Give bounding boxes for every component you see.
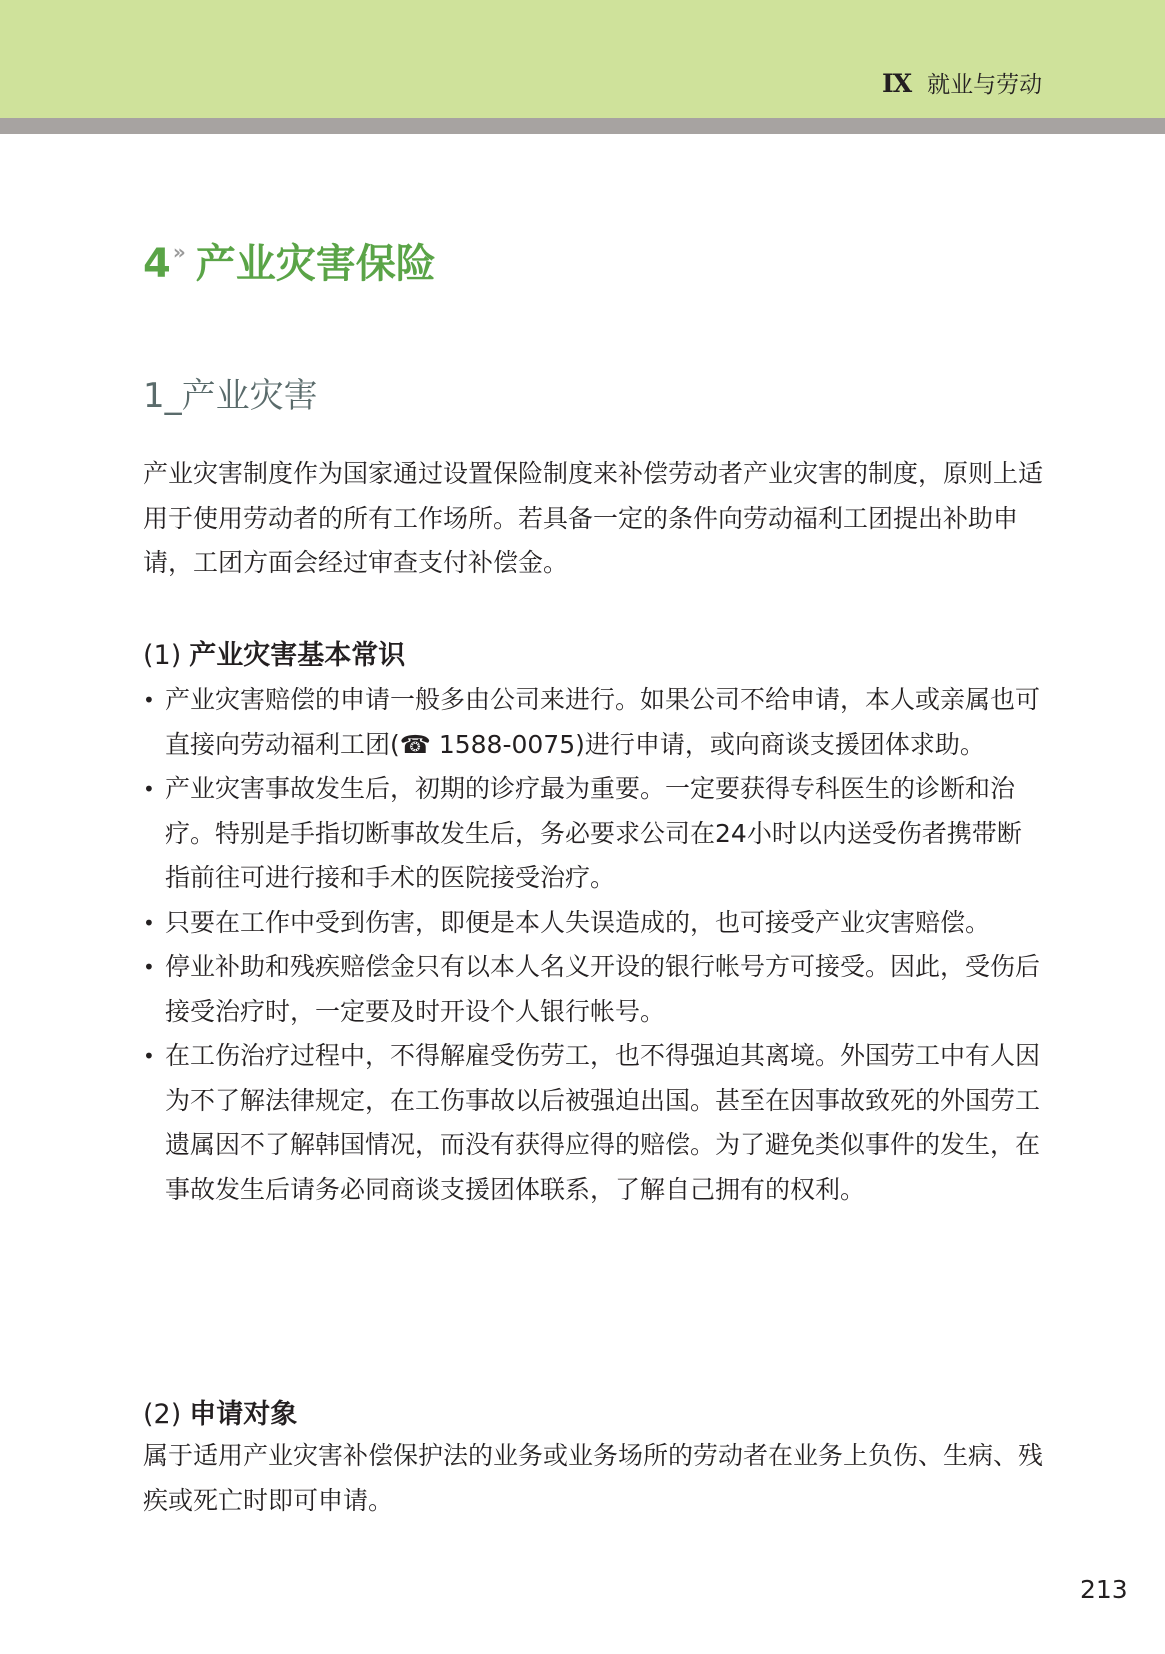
bullet-icon: •: [143, 678, 155, 723]
subsection-title: 1_产业灾害: [143, 368, 318, 417]
section-title-text: 产业灾害保险: [196, 241, 436, 287]
part1-number: (1): [143, 640, 181, 671]
chapter-title: 就业与劳动: [927, 72, 1042, 98]
header-band: [0, 0, 1165, 118]
part2-heading: (2)申请对象: [143, 1392, 297, 1431]
part2-paragraph: 属于适用产业灾害补偿保护法的业务或业务场所的劳动者在业务上负伤、生病、残疾或死亡…: [143, 1434, 1043, 1523]
section-number: 4: [143, 241, 171, 287]
list-item-text: 产业灾害事故发生后，初期的诊疗最为重要。一定要获得专科医生的诊断和治疗。特别是手…: [165, 774, 1022, 892]
bullet-icon: •: [143, 901, 155, 946]
list-item-text: 停业补助和残疾赔偿金只有以本人名义开设的银行帐号方可接受。因此，受伤后接受治疗时…: [165, 952, 1040, 1026]
list-item: •只要在工作中受到伤害，即便是本人失误造成的，也可接受产业灾害赔偿。: [143, 901, 1043, 946]
header-divider-bar: [0, 118, 1165, 134]
bullet-icon: •: [143, 767, 155, 812]
chapter-header: IX就业与劳动: [882, 66, 1042, 99]
part1-heading-text: 产业灾害基本常识: [189, 640, 405, 671]
list-item-text: 产业灾害赔偿的申请一般多由公司来进行。如果公司不给申请，本人或亲属也可直接向劳动…: [165, 685, 1040, 759]
bullet-icon: •: [143, 1034, 155, 1079]
part2-number: (2): [143, 1399, 181, 1430]
part1-heading: (1)产业灾害基本常识: [143, 633, 405, 672]
page-number: 213: [1080, 1575, 1128, 1604]
list-item: •产业灾害事故发生后，初期的诊疗最为重要。一定要获得专科医生的诊断和治疗。特别是…: [143, 767, 1043, 901]
bullet-list: •产业灾害赔偿的申请一般多由公司来进行。如果公司不给申请，本人或亲属也可直接向劳…: [143, 678, 1043, 1212]
list-item: •产业灾害赔偿的申请一般多由公司来进行。如果公司不给申请，本人或亲属也可直接向劳…: [143, 678, 1043, 767]
chapter-number: IX: [882, 69, 911, 98]
list-item: •停业补助和残疾赔偿金只有以本人名义开设的银行帐号方可接受。因此，受伤后接受治疗…: [143, 945, 1043, 1034]
intro-paragraph: 产业灾害制度作为国家通过设置保险制度来补偿劳动者产业灾害的制度，原则上适用于使用…: [143, 452, 1043, 586]
list-item-text: 只要在工作中受到伤害，即便是本人失误造成的，也可接受产业灾害赔偿。: [165, 908, 990, 937]
list-item: •在工伤治疗过程中，不得解雇受伤劳工，也不得强迫其离境。外国劳工中有人因为不了解…: [143, 1034, 1043, 1212]
list-item-text: 在工伤治疗过程中，不得解雇受伤劳工，也不得强迫其离境。外国劳工中有人因为不了解法…: [165, 1041, 1040, 1204]
double-chevron-icon: »: [173, 240, 186, 264]
part2-heading-text: 申请对象: [189, 1399, 297, 1430]
section-title: 4»产业灾害保险: [143, 232, 436, 289]
bullet-icon: •: [143, 945, 155, 990]
